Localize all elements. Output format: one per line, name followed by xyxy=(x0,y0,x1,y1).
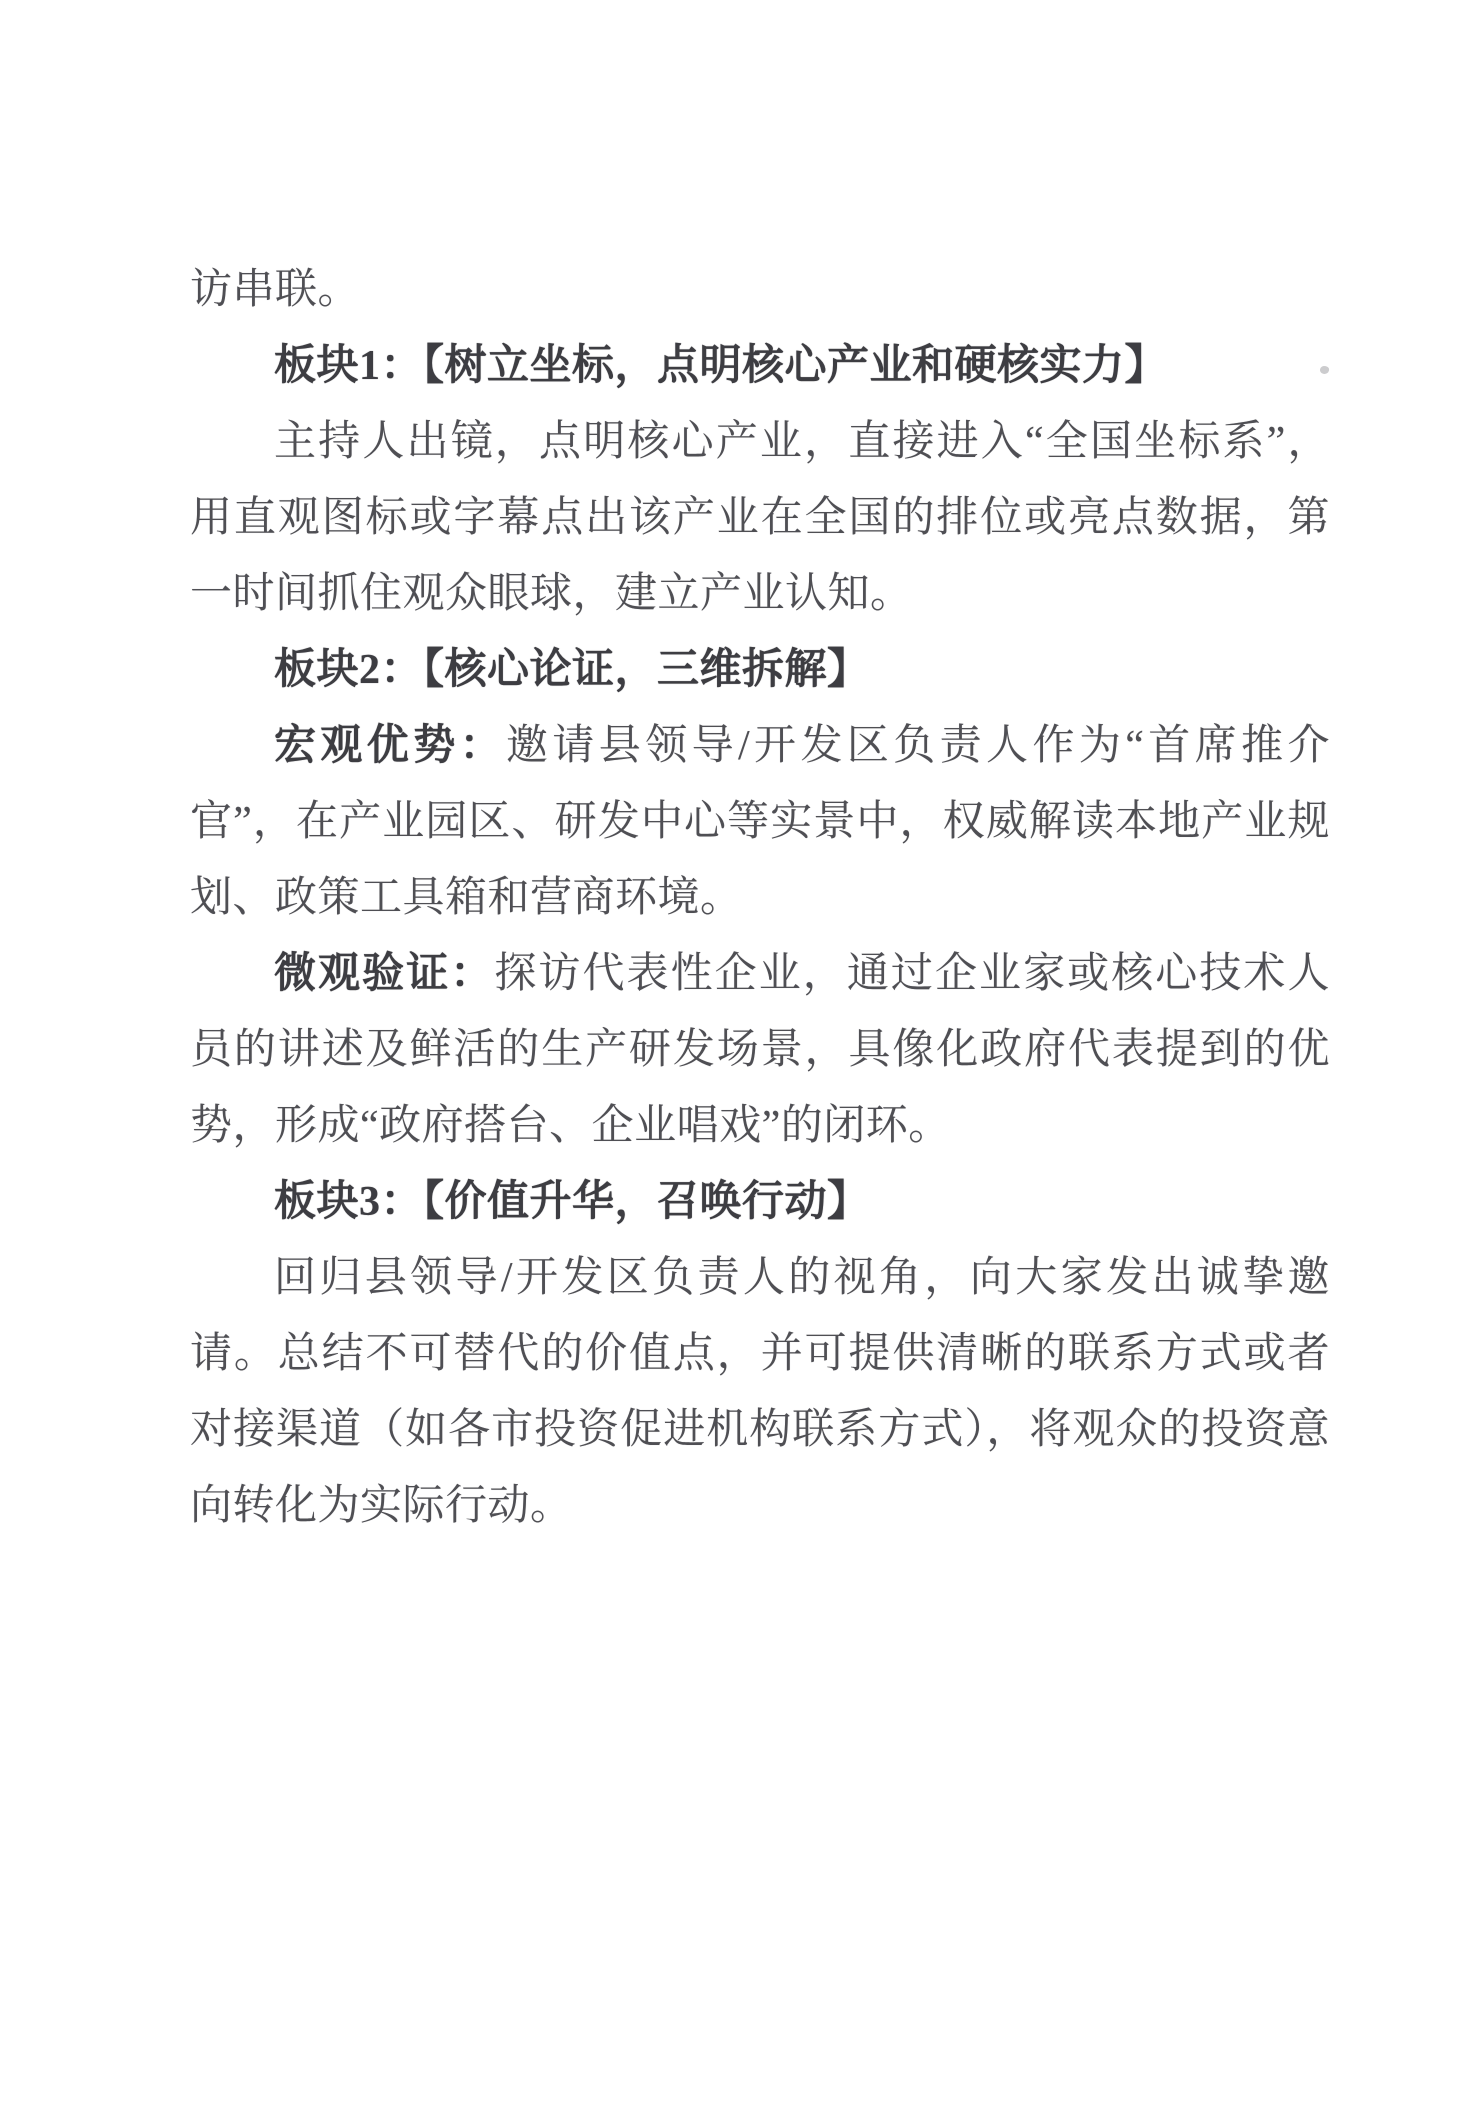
paragraph: 访串联。 xyxy=(190,252,1330,328)
paragraph: 主持人出镜，点明核心产业，直接进入“全国坐标系”，用直观图标或字幕点出该产业在全… xyxy=(190,404,1330,632)
document-page: 访串联。板块1：【树立坐标，点明核心产业和硬核实力】主持人出镜，点明核心产业，直… xyxy=(0,0,1475,2104)
paragraph: 回归县领导/开发区负责人的视角，向大家发出诚挚邀请。总结不可替代的价值点，并可提… xyxy=(190,1240,1330,1544)
paragraph: 微观验证：探访代表性企业，通过企业家或核心技术人员的讲述及鲜活的生产研发场景，具… xyxy=(190,936,1330,1164)
paragraph-lead-label: 微观验证： xyxy=(274,951,494,997)
section-heading: 板块1：【树立坐标，点明核心产业和硬核实力】 xyxy=(190,328,1330,404)
paragraph-lead-label: 宏观优势： xyxy=(274,723,506,769)
section-heading: 板块3：【价值升华，召唤行动】 xyxy=(190,1164,1330,1240)
paragraph: 宏观优势：邀请县领导/开发区负责人作为“首席推介官”，在产业园区、研发中心等实景… xyxy=(190,708,1330,936)
section-heading: 板块2：【核心论证，三维拆解】 xyxy=(190,632,1330,708)
document-content: 访串联。板块1：【树立坐标，点明核心产业和硬核实力】主持人出镜，点明核心产业，直… xyxy=(190,252,1330,1544)
